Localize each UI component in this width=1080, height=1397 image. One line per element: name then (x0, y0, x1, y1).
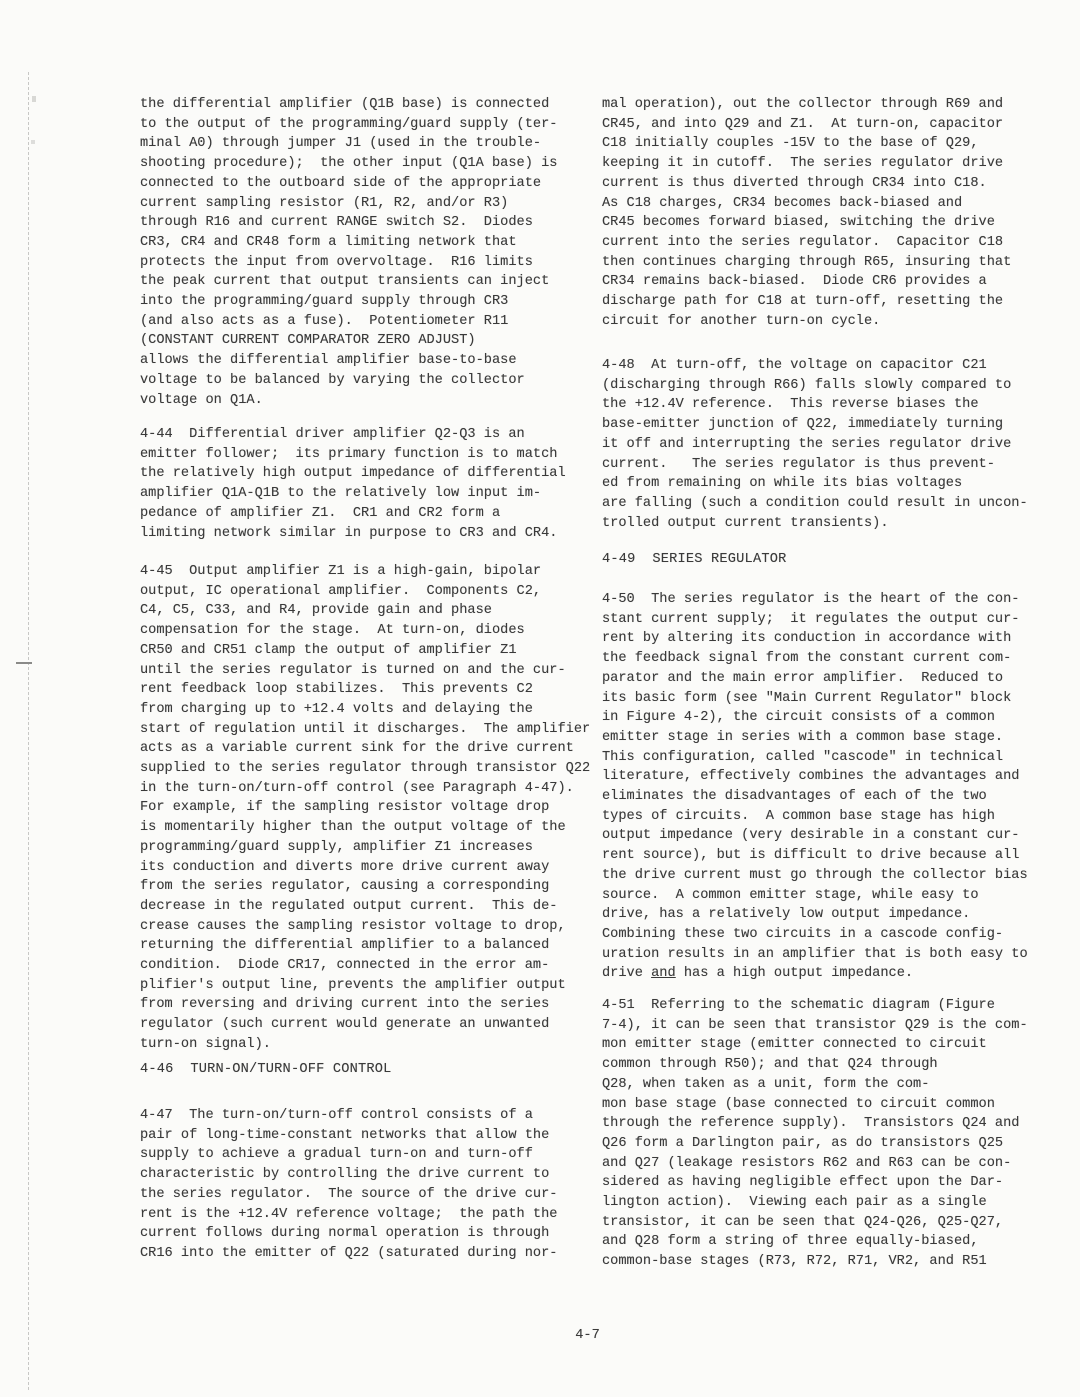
paragraph-continuation-right: mal operation), out the collector throug… (602, 95, 1011, 331)
paragraph-4-47: 4-47 The turn-on/turn-off control consis… (140, 1106, 557, 1264)
section-heading-4-49: 4-49 SERIES REGULATOR (602, 550, 787, 570)
paragraph-continuation-left: the differential amplifier (Q1B base) is… (140, 95, 557, 410)
paragraph-4-48: 4-48 At turn-off, the voltage on capacit… (602, 356, 1028, 533)
document-page: the differential amplifier (Q1B base) is… (0, 0, 1080, 1397)
paragraph-4-51: 4-51 Referring to the schematic diagram … (602, 996, 1028, 1272)
section-heading-4-46: 4-46 TURN-ON/TURN-OFF CONTROL (140, 1060, 392, 1080)
paragraph-4-44: 4-44 Differential driver amplifier Q2-Q3… (140, 425, 566, 543)
scan-artifact-vertical-line (28, 72, 29, 1390)
paragraph-4-50: 4-50 The series regulator is the heart o… (602, 590, 1028, 984)
page-number: 4-7 (140, 1326, 1035, 1346)
scan-artifact-tick (16, 662, 32, 664)
scan-artifact-speck (32, 96, 36, 102)
paragraph-4-45: 4-45 Output amplifier Z1 is a high-gain,… (140, 562, 590, 1055)
scan-artifact-speck (31, 140, 35, 144)
